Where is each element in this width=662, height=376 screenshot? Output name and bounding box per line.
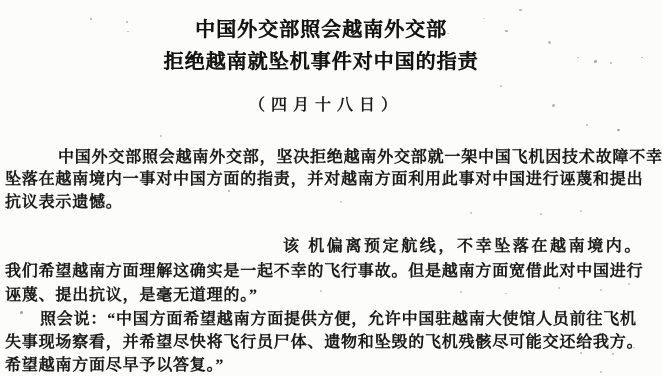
- body-line-p1-2: 坠落在越南境内一事对中国方面的指责，并对越南方面利用此事对中国进行诬蔑和提出: [5, 166, 643, 189]
- body-line-p2-2: 我们希望越南方面理解这确实是一起不幸的飞行事故。但是越南方面宽借此对中国进行: [5, 258, 643, 281]
- scan-speck: [460, 291, 462, 293]
- body-line-p3-2: 失事现场察看，并希望尽快将飞行员尸体、遗物和坠毁的飞机残骸尽可能交还给我方。: [5, 329, 643, 352]
- body-line-p1-1: 中国外交部照会越南外交部，坚决拒绝越南外交部就一架中国飞机因技术故障不幸: [58, 144, 662, 167]
- scan-speck: [600, 371, 602, 373]
- scan-speck: [228, 190, 230, 192]
- body-line-p3-1: 照会说：“中国方面希望越南方面提供方便，允许中国驻越南大使馆人员前往飞机: [40, 306, 637, 329]
- scan-speck: [586, 124, 588, 126]
- document-title-line-1: 中国外交部照会越南外交部: [0, 13, 642, 42]
- body-line-p3-3: 希望越南方面尽早予以答复。”: [5, 352, 224, 375]
- scan-speck: [617, 129, 620, 131]
- scan-speck: [628, 283, 630, 285]
- scanned-document-page: 中国外交部照会越南外交部 拒绝越南就坠机事件对中国的指责 （四月十八日） 中国外…: [0, 0, 662, 376]
- document-title-line-2: 拒绝越南就坠机事件对中国的指责: [0, 45, 642, 74]
- document-date-line: （四月十八日）: [0, 92, 652, 115]
- scan-speck: [500, 85, 502, 87]
- scan-speck: [600, 289, 602, 291]
- scan-speck: [612, 353, 614, 355]
- body-line-p1-3: 抗议表示遗憾。: [5, 189, 123, 212]
- scan-speck: [505, 293, 507, 294]
- body-line-p2-1: 该 机偏离预定航线，不幸坠落在越南境内。: [283, 233, 643, 256]
- scan-speck: [558, 287, 560, 289]
- scan-speck: [160, 135, 162, 137]
- scan-speck: [340, 201, 342, 203]
- scan-speck: [580, 352, 582, 354]
- scan-speck: [540, 213, 542, 215]
- scan-speck: [519, 9, 522, 11]
- body-line-p2-3: 诬蔑、提出抗议，是毫无道理的。”: [5, 282, 258, 305]
- scan-speck: [320, 290, 322, 292]
- scan-speck: [580, 210, 582, 212]
- scan-speck: [20, 311, 23, 314]
- scan-speck: [470, 212, 472, 214]
